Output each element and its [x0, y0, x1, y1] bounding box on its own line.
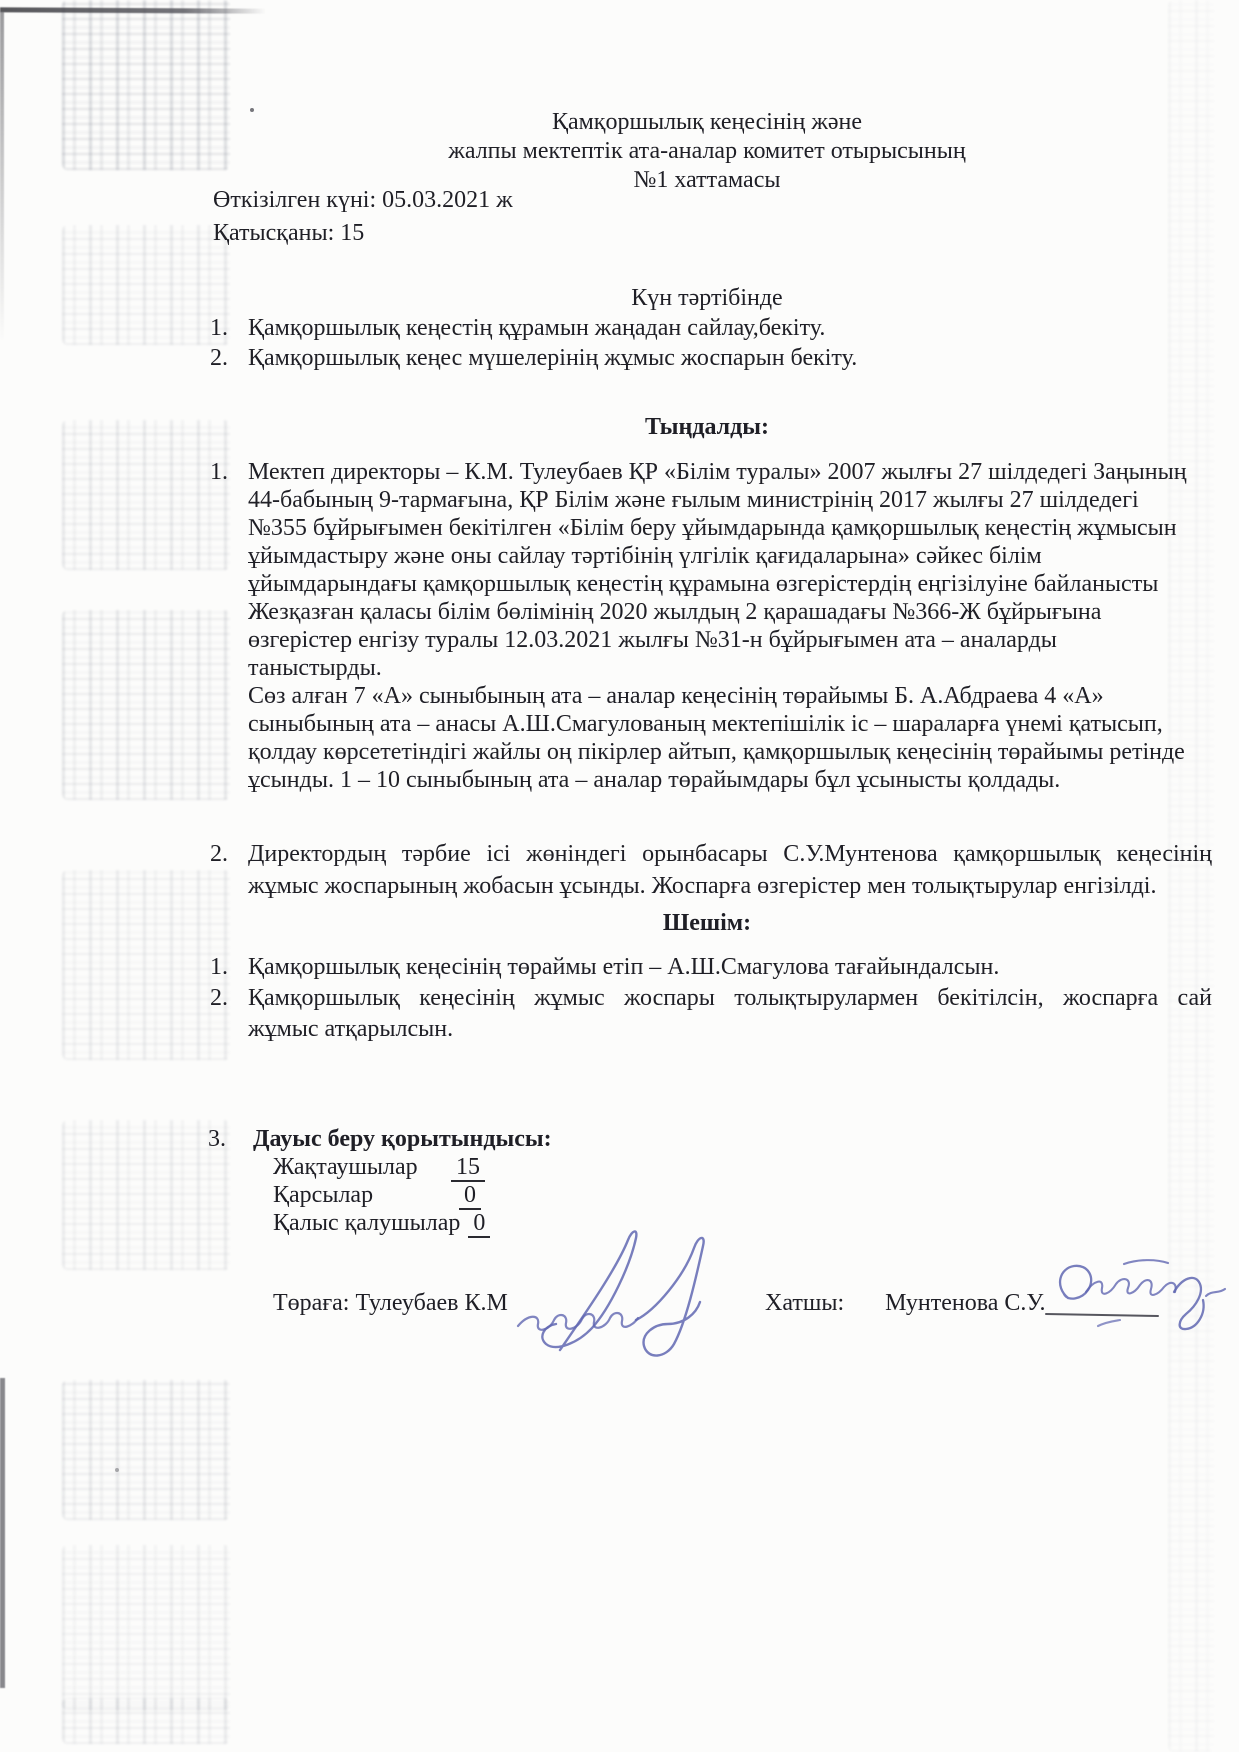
heard-item-line: сыныбының ата – анасы А.Ш.Смагулованың м…	[210, 710, 1230, 738]
voting-row-label: Қалыс қалушылар	[273, 1209, 460, 1237]
decision-item: 1.Қамқоршылық кеңесінің төраймы етіп – А…	[210, 952, 1220, 983]
secretary-signature-line: Хатшы: Мунтенова С.У.	[765, 1290, 1045, 1317]
secretary-name: Мунтенова С.У.	[885, 1290, 1045, 1316]
agenda-item: 1.Қамқоршылық кеңестің құрамын жаңадан с…	[210, 313, 1220, 343]
agenda-item-text: Қамқоршылық кеңестің құрамын жаңадан сай…	[248, 315, 825, 341]
heard-item-1: 1.Мектеп директоры – К.М. Тулеубаев ҚР «…	[210, 458, 1230, 794]
agenda-item-number: 2.	[210, 343, 248, 373]
heard-item-line: ұйымдарындағы қамқоршылық кеңестің құрам…	[210, 570, 1230, 598]
page-edge-shadow-left-lower	[0, 1378, 5, 1688]
decision-heading: Шешім:	[207, 910, 1207, 937]
heard-item-line: таныстырды.	[210, 654, 1230, 682]
heard-item-line: №355 бұйрығымен бекітілген «Білім беру ұ…	[210, 514, 1230, 542]
heard-item-line: ұсынды. 1 – 10 сыныбының ата – аналар тө…	[210, 766, 1230, 794]
meta-attendance-line: Қатысқаны: 15	[213, 220, 364, 247]
heard-heading: Тыңдалды:	[207, 414, 1207, 441]
decision-list: 1.Қамқоршылық кеңесінің төраймы етіп – А…	[210, 952, 1220, 1045]
voting-number: 3.	[208, 1125, 253, 1153]
heard-item-line: ұйымдастыру және оны сайлау тәртібінің ү…	[210, 542, 1230, 570]
scanned-protocol-document: Қамқоршылық кеңесінің және жалпы мектепт…	[0, 0, 1239, 1752]
voting-row-value: 0	[459, 1182, 481, 1210]
decision-item-text: Қамқоршылық кеңесінің төраймы етіп – А.Ш…	[248, 954, 999, 980]
meta-date-line: Өткізілген күні: 05.03.2021 ж	[213, 187, 513, 214]
voting-heading: Дауыс беру қорытындысы:	[253, 1126, 552, 1152]
scan-bleed-cluster	[62, 225, 230, 345]
agenda-list: 1.Қамқоршылық кеңестің құрамын жаңадан с…	[210, 313, 1220, 373]
title-line: жалпы мектептік ата-аналар комитет отыры…	[207, 137, 1207, 166]
heard-item-line: жұмыс жоспарының жобасын ұсынды. Жоспарғ…	[210, 870, 1212, 902]
scan-bleed-cluster	[62, 1380, 230, 1520]
voting-row-label: Жақтаушылар	[273, 1153, 451, 1181]
voting-row: Қарсылар0	[273, 1181, 552, 1209]
heard-item-line: Жезқазған қаласы білім бөлімінің 2020 жы…	[210, 598, 1230, 626]
heard-item-line: өзгерістер енгізу туралы 12.03.2021 жылғ…	[210, 626, 1230, 654]
heard-item-line: қолдау көрсететіндігі жайлы оң пікірлер …	[210, 738, 1230, 766]
title-line: Қамқоршылық кеңесінің және	[207, 108, 1207, 137]
heard-item-line: Мектеп директоры – К.М. Тулеубаев ҚР «Бі…	[248, 459, 1187, 485]
heard-item-2: 2.Директордың тәрбие ісі жөніндегі орынб…	[210, 838, 1212, 902]
heard-item-line: 44-бабының 9-тармағына, ҚР Білім және ғы…	[210, 486, 1230, 514]
page-edge-line-top	[0, 7, 266, 13]
voting-block: 3.Дауыс беру қорытындысы: Жақтаушылар15 …	[208, 1125, 552, 1237]
voting-row-label: Қарсылар	[273, 1181, 459, 1209]
heard-item-line: Сөз алған 7 «А» сыныбының ата – аналар к…	[210, 682, 1230, 710]
decision-item: 2.Қамқоршылық кеңесінің жұмыс жоспары то…	[210, 983, 1212, 1014]
document-title: Қамқоршылық кеңесінің және жалпы мектепт…	[207, 108, 1207, 195]
voting-row-value: 0	[468, 1210, 490, 1238]
heard-item-number: 1.	[210, 458, 248, 486]
agenda-item-text: Қамқоршылық кеңес мүшелерінің жұмыс жосп…	[248, 345, 857, 371]
decision-item-number: 1.	[210, 952, 248, 983]
voting-row-value: 15	[451, 1154, 485, 1182]
decision-item-line: жұмыс атқарылсын.	[210, 1014, 1220, 1045]
heard-item-line: Директордың тәрбие ісі жөніндегі орынбас…	[248, 841, 1212, 867]
decision-item-line: Қамқоршылық кеңесінің жұмыс жоспары толы…	[248, 985, 1212, 1011]
scan-bleed-cluster	[62, 1545, 230, 1710]
voting-row: Жақтаушылар15	[273, 1153, 552, 1181]
scan-bleed-cluster	[62, 420, 230, 570]
secretary-label: Хатшы:	[765, 1290, 844, 1316]
scan-bleed-cluster	[62, 1120, 230, 1270]
secretary-signature	[1040, 1252, 1239, 1352]
scan-bleed-cluster	[62, 1698, 230, 1744]
scan-speck	[115, 1468, 119, 1472]
scan-bleed-cluster	[62, 0, 230, 170]
agenda-item: 2.Қамқоршылық кеңес мүшелерінің жұмыс жо…	[210, 343, 1220, 373]
scan-bleed-cluster	[62, 870, 230, 1060]
heard-item-number: 2.	[210, 838, 248, 870]
scan-bleed-cluster	[62, 610, 230, 800]
page-edge-shadow-left-upper	[0, 12, 4, 342]
decision-item-number: 2.	[210, 983, 248, 1014]
chair-signature	[498, 1222, 738, 1362]
agenda-heading: Күн тәртібінде	[207, 285, 1207, 312]
chair-signature-line: Төраға: Тулеубаев К.М	[273, 1290, 508, 1317]
agenda-item-number: 1.	[210, 313, 248, 343]
